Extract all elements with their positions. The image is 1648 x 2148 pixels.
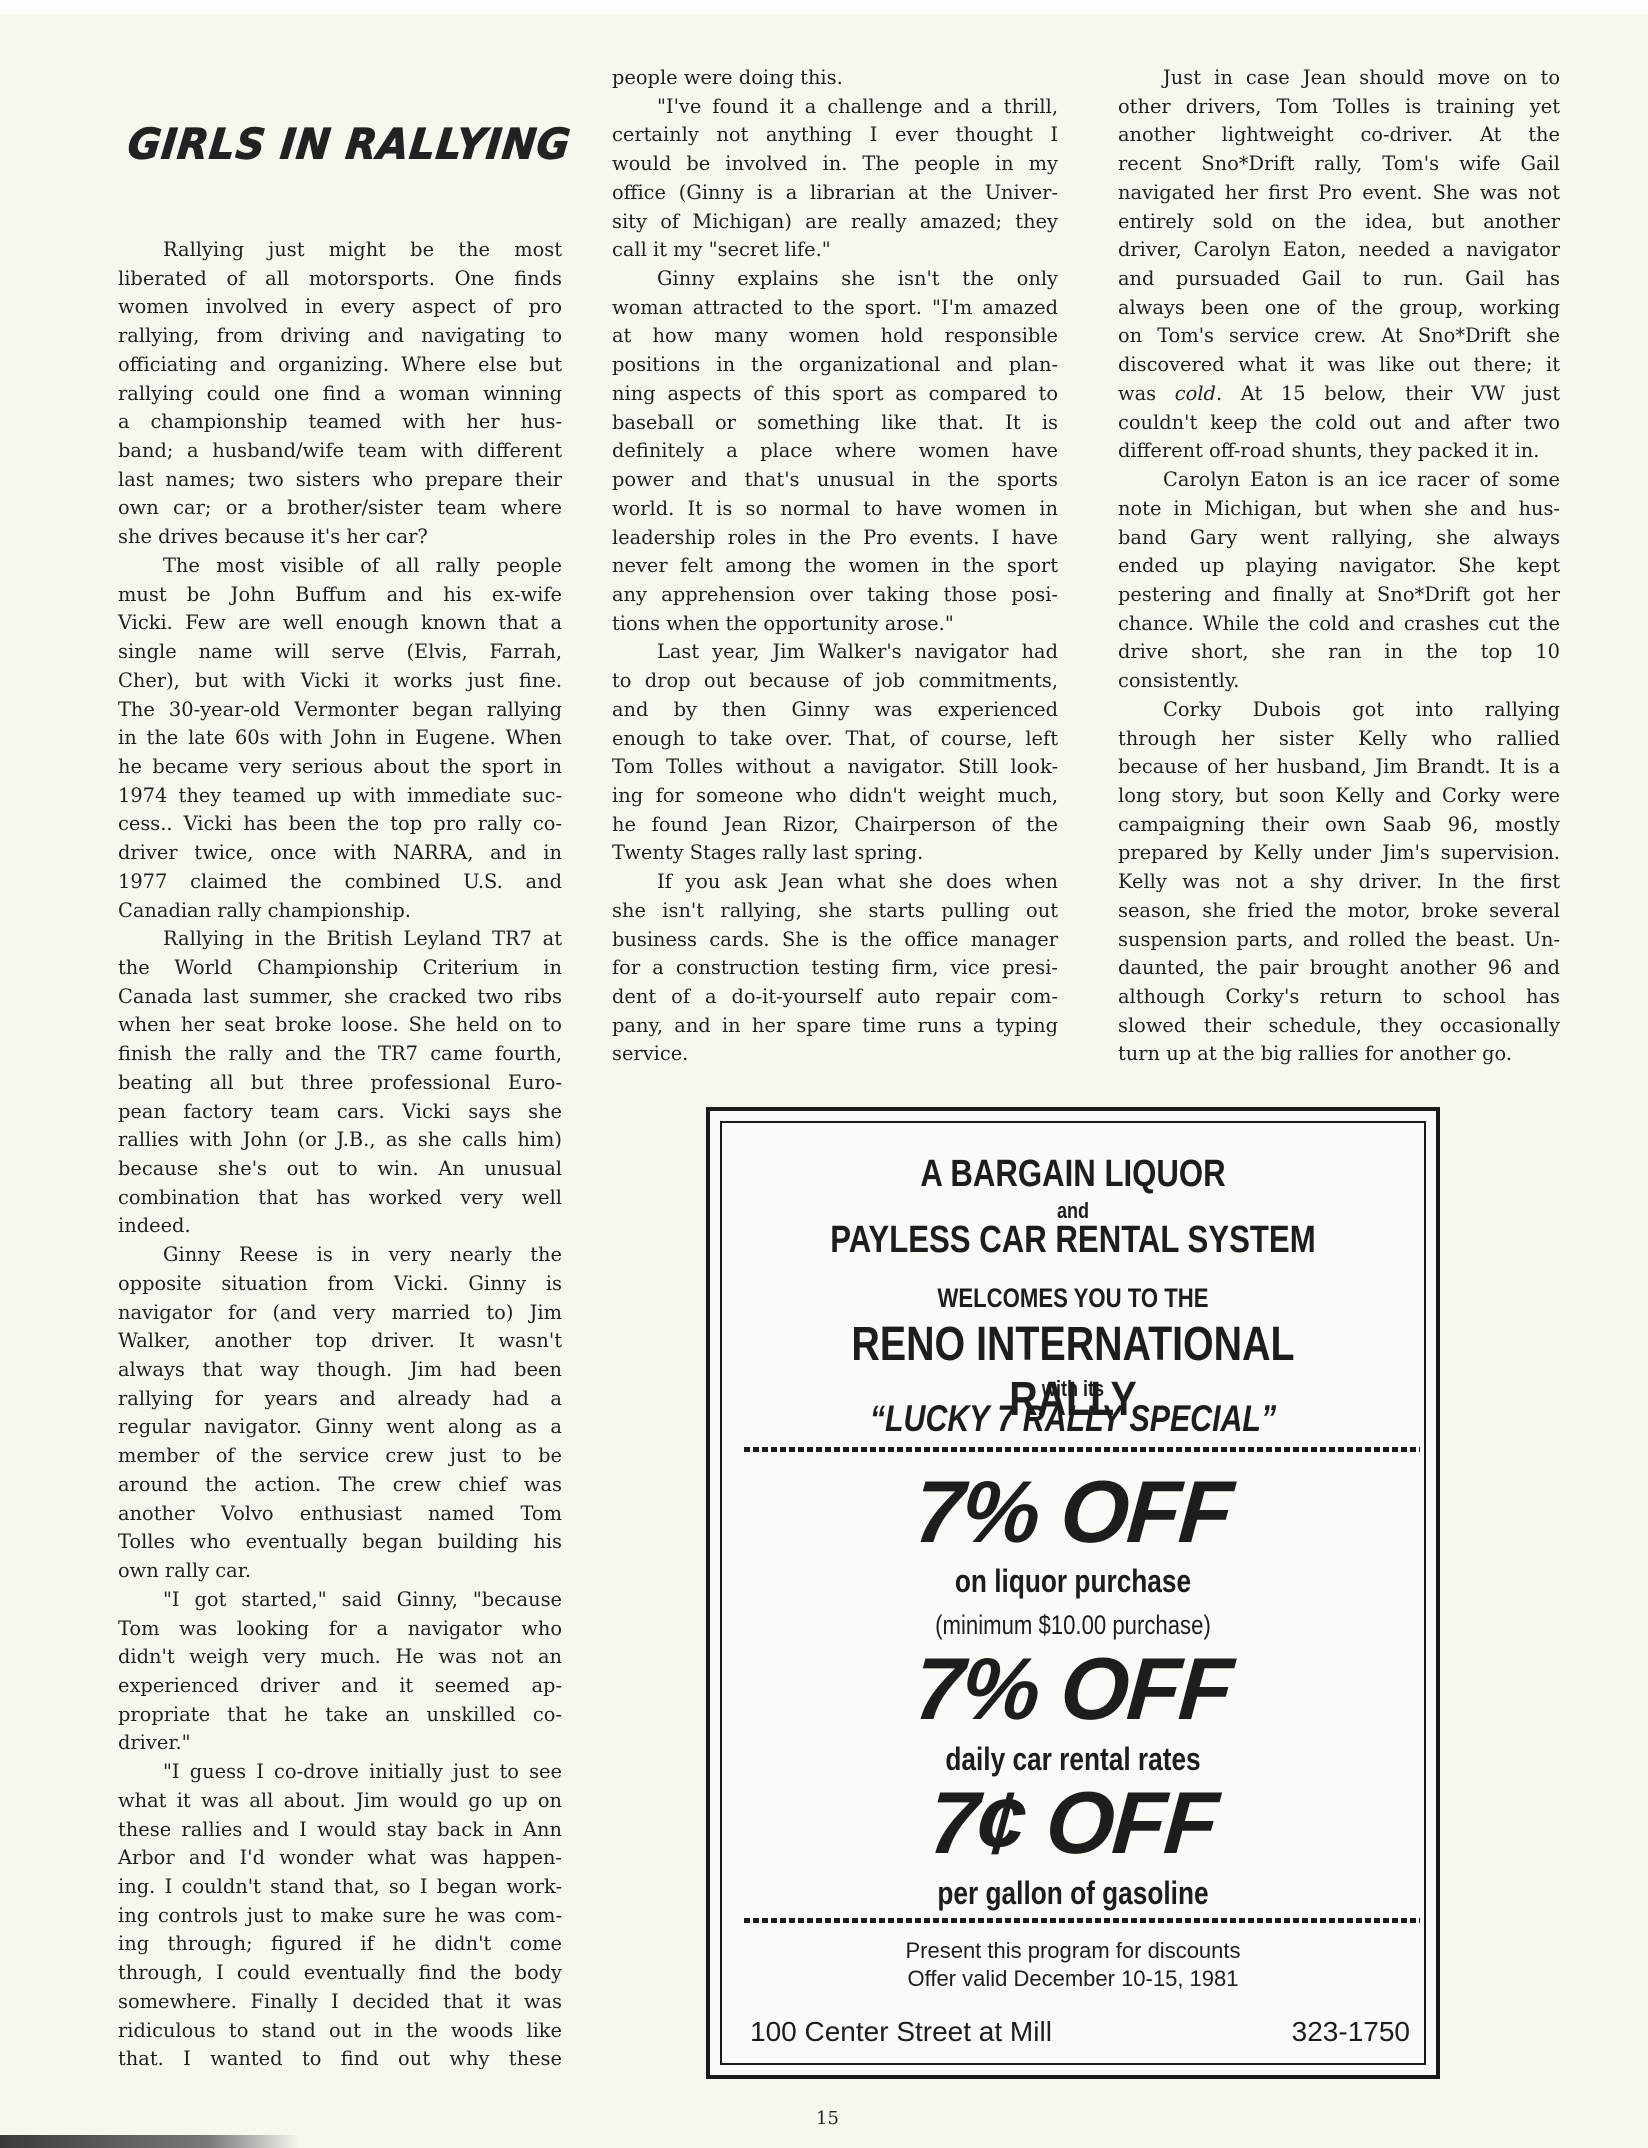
text-line: chance. While the cold and crashes cut t… <box>1118 610 1560 639</box>
text-line: Corky Dubois got into rallying <box>1118 696 1560 725</box>
text-line: baseball or something like that. It is <box>612 409 1058 438</box>
text-line: Ginny Reese is in very nearly the <box>118 1241 562 1270</box>
text-line: to drop out because of job commitments, <box>612 667 1058 696</box>
text-line: dent of a do-it-yourself auto repair com… <box>612 983 1058 1012</box>
text-line: driver." <box>118 1729 562 1758</box>
text-line: The 30-year-old Vermonter began rallying <box>118 696 562 725</box>
text-line: although Corky's return to school has <box>1118 983 1560 1012</box>
text-line: office (Ginny is a librarian at the Univ… <box>612 179 1058 208</box>
text-line: indeed. <box>118 1212 562 1241</box>
article-paragraph: If you ask Jean what she does whenshe is… <box>612 868 1058 1069</box>
ad-phone: 323-1750 <box>1292 2016 1410 2048</box>
text-line: a championship teamed with her hus- <box>118 408 562 437</box>
ad-offer-rental-amount: 7% OFF <box>719 1645 1427 1733</box>
text-line: was cold. At 15 below, their VW just <box>1118 380 1560 409</box>
text-line: combination that has worked very well <box>118 1184 562 1213</box>
text-line: season, she fried the motor, broke sever… <box>1118 897 1560 926</box>
ad-special-name: “LUCKY 7 RALLY SPECIAL” <box>785 1398 1361 1440</box>
text-line: band; a husband/wife team with different <box>118 437 562 466</box>
ad-valid-dates: Offer valid December 10-15, 1981 <box>722 1966 1424 1992</box>
text-line: pean factory team cars. Vicki says she <box>118 1098 562 1127</box>
text-line: he found Jean Rizor, Chairperson of the <box>612 811 1058 840</box>
text-line: 1974 they teamed up with immediate suc- <box>118 782 562 811</box>
text-line: around the action. The crew chief was <box>118 1471 562 1500</box>
text-line: daunted, the pair brought another 96 and <box>1118 954 1560 983</box>
text-line: Last year, Jim Walker's navigator had <box>612 638 1058 667</box>
article-paragraph: people were doing this. <box>612 64 1058 93</box>
text-line: ning aspects of this sport as compared t… <box>612 380 1058 409</box>
text-line: different off-road shunts, they packed i… <box>1118 437 1560 466</box>
text-line: slowed their schedule, they occasionally <box>1118 1012 1560 1041</box>
text-line: call it my "secret life." <box>612 236 1058 265</box>
text-line: she drives because it's her car? <box>118 523 562 552</box>
text-line: these rallies and I would stay back in A… <box>118 1816 562 1845</box>
text-line: enough to take over. That, of course, le… <box>612 725 1058 754</box>
text-line: driver twice, once with NARRA, and in <box>118 839 562 868</box>
text-line: through her sister Kelly who rallied <box>1118 725 1560 754</box>
text-line: own rally car. <box>118 1557 562 1586</box>
article-paragraph: The most visible of all rally peoplemust… <box>118 552 562 925</box>
text-line: consistently. <box>1118 667 1560 696</box>
text-line: "I got started," said Ginny, "because <box>118 1586 562 1615</box>
article-paragraph: "I guess I co-drove initially just to se… <box>118 1758 562 2074</box>
article-paragraph: "I've found it a challenge and a thrill,… <box>612 93 1058 265</box>
text-line: service. <box>612 1040 1058 1069</box>
text-line: another lightweight co-driver. At the <box>1118 121 1560 150</box>
text-line: "I've found it a challenge and a thrill, <box>612 93 1058 122</box>
text-line: he became very serious about the sport i… <box>118 753 562 782</box>
text-line: propriate that he take an unskilled co- <box>118 1701 562 1730</box>
article-paragraph: Ginny Reese is in very nearly theopposit… <box>118 1241 562 1586</box>
text-line: and pursuaded Gail to run. Gail has <box>1118 265 1560 294</box>
text-line: ridiculous to stand out in the woods lik… <box>118 2017 562 2046</box>
text-line: discovered what it was like out there; i… <box>1118 351 1560 380</box>
text-line: Tolles who eventually began building his <box>118 1528 562 1557</box>
text-line: power and that's unusual in the sports <box>612 466 1058 495</box>
ad-offer-gasoline-amount: 7¢ OFF <box>719 1779 1427 1867</box>
text-line: pany, and in her spare time runs a typin… <box>612 1012 1058 1041</box>
article-paragraph: "I got started," said Ginny, "becauseTom… <box>118 1586 562 1758</box>
text-line: Canada last summer, she cracked two ribs <box>118 983 562 1012</box>
text-line: If you ask Jean what she does when <box>612 868 1058 897</box>
article-paragraph: Carolyn Eaton is an ice racer of somenot… <box>1118 466 1560 696</box>
article-paragraph: Last year, Jim Walker's navigator hadto … <box>612 638 1058 868</box>
text-line: 1977 claimed the combined U.S. and <box>118 868 562 897</box>
ad-offer-liquor-description: on liquor purchase <box>785 1563 1361 1600</box>
text-line: at how many women hold responsible <box>612 322 1058 351</box>
text-line: officiating and organizing. Where else b… <box>118 351 562 380</box>
text-line: recent Sno*Drift rally, Tom's wife Gail <box>1118 150 1560 179</box>
text-line: certainly not anything I ever thought I <box>612 121 1058 150</box>
text-line: would be involved in. The people in my <box>612 150 1058 179</box>
article-paragraph: Corky Dubois got into rallyingthrough he… <box>1118 696 1560 1069</box>
text-line: own car; or a brother/sister team where <box>118 494 562 523</box>
text-line: Arbor and I'd wonder what was happen- <box>118 1844 562 1873</box>
text-line: couldn't keep the cold out and after two <box>1118 409 1560 438</box>
article-column-left: Rallying just might be the mostliberated… <box>118 236 562 2074</box>
text-line: liberated of all motorsports. One finds <box>118 265 562 294</box>
text-line: drive short, she ran in the top 10 <box>1118 638 1560 667</box>
text-line: pestering and finally at Sno*Drift got h… <box>1118 581 1560 610</box>
ad-dashed-divider-bottom <box>744 1918 1420 1923</box>
text-line: leadership roles in the Pro events. I ha… <box>612 524 1058 553</box>
page-top-margin <box>0 0 1648 14</box>
text-line: other drivers, Tom Tolles is training ye… <box>1118 93 1560 122</box>
ad-welcome-line: WELCOMES YOU TO THE <box>785 1283 1361 1314</box>
text-line: any apprehension over taking those posi- <box>612 581 1058 610</box>
text-line: The most visible of all rally people <box>118 552 562 581</box>
text-line: she isn't rallying, she starts pulling o… <box>612 897 1058 926</box>
text-line: experienced driver and it seemed ap- <box>118 1672 562 1701</box>
text-line: cess.. Vicki has been the top pro rally … <box>118 810 562 839</box>
text-line: Tom Tolles without a navigator. Still lo… <box>612 753 1058 782</box>
text-line: Rallying in the British Leyland TR7 at <box>118 925 562 954</box>
text-line: somewhere. Finally I decided that it was <box>118 1988 562 2017</box>
text-line: rallying could one find a woman winning <box>118 380 562 409</box>
text-line: and by then Ginny was experienced <box>612 696 1058 725</box>
text-line: rallying, from driving and navigating to <box>118 322 562 351</box>
text-line: definitely a place where women have <box>612 437 1058 466</box>
text-line: business cards. She is the office manage… <box>612 926 1058 955</box>
text-line: sity of Michigan) are really amazed; the… <box>612 208 1058 237</box>
text-line: women involved in every aspect of pro <box>118 293 562 322</box>
text-line: Walker, another top driver. It wasn't <box>118 1327 562 1356</box>
text-line: in the late 60s with John in Eugene. Whe… <box>118 724 562 753</box>
text-line: Rallying just might be the most <box>118 236 562 265</box>
text-line: Tom was looking for a navigator who <box>118 1615 562 1644</box>
text-line: always that way though. Jim had been <box>118 1356 562 1385</box>
text-line: never felt among the women in the sport <box>612 552 1058 581</box>
ad-footer: 100 Center Street at Mill 323-1750 <box>750 2016 1410 2048</box>
text-line: rallies with John (or J.B., as she calls… <box>118 1126 562 1155</box>
ad-dashed-divider-top <box>744 1447 1420 1452</box>
text-line: didn't weigh very much. He was not an <box>118 1643 562 1672</box>
article-paragraph: Just in case Jean should move on toother… <box>1118 64 1560 466</box>
text-line: another Volvo enthusiast named Tom <box>118 1500 562 1529</box>
page-bottom-edge-shadow <box>0 2135 300 2148</box>
ad-offer-liquor-note: (minimum $10.00 purchase) <box>785 1610 1361 1641</box>
text-line: what it was all about. Jim would go up o… <box>118 1787 562 1816</box>
article-paragraph: Rallying just might be the mostliberated… <box>118 236 562 552</box>
text-line: Kelly was not a shy driver. In the first <box>1118 868 1560 897</box>
text-line: world. It is so normal to have women in <box>612 495 1058 524</box>
text-line: always been one of the group, working <box>1118 294 1560 323</box>
article-paragraph: Rallying in the British Leyland TR7 atth… <box>118 925 562 1241</box>
text-line: ing. I couldn't stand that, so I began w… <box>118 1873 562 1902</box>
text-line: Vicki. Few are well enough known that a <box>118 609 562 638</box>
text-line: tions when the opportunity arose." <box>612 610 1058 639</box>
text-line: Just in case Jean should move on to <box>1118 64 1560 93</box>
text-line: single name will serve (Elvis, Farrah, <box>118 638 562 667</box>
text-line: through, I could eventually find the bod… <box>118 1959 562 1988</box>
text-line: people were doing this. <box>612 64 1058 93</box>
text-line: navigator for (and very married to) Jim <box>118 1299 562 1328</box>
article-column-right: Just in case Jean should move on toother… <box>1118 64 1560 1069</box>
advertisement-inner-border: A BARGAIN LIQUOR and PAYLESS CAR RENTAL … <box>720 1121 1426 2065</box>
text-line: turn up at the big rallies for another g… <box>1118 1040 1560 1069</box>
text-line: note in Michigan, but when she and hus- <box>1118 495 1560 524</box>
text-line: Carolyn Eaton is an ice racer of some <box>1118 466 1560 495</box>
text-line: for a construction testing firm, vice pr… <box>612 954 1058 983</box>
article-headline: GIRLS IN RALLYING <box>125 121 573 169</box>
ad-sponsor-car-rental: PAYLESS CAR RENTAL SYSTEM <box>785 1219 1361 1262</box>
ad-present-instructions: Present this program for discounts <box>722 1938 1424 1964</box>
ad-offer-liquor-amount: 7% OFF <box>719 1468 1427 1556</box>
article-column-middle: people were doing this."I've found it a … <box>612 64 1058 1069</box>
text-line: woman attracted to the sport. "I'm amaze… <box>612 294 1058 323</box>
text-line: Twenty Stages rally last spring. <box>612 839 1058 868</box>
article-paragraph: Ginny explains she isn't the onlywoman a… <box>612 265 1058 638</box>
text-line: Ginny explains she isn't the only <box>612 265 1058 294</box>
text-line: rallying for years and already had a <box>118 1385 562 1414</box>
page-number: 15 <box>816 2108 839 2129</box>
text-line: ended up playing navigator. She kept <box>1118 552 1560 581</box>
text-line: prepared by Kelly under Jim's supervisio… <box>1118 839 1560 868</box>
text-line: when her seat broke loose. She held on t… <box>118 1011 562 1040</box>
text-line: opposite situation from Vicki. Ginny is <box>118 1270 562 1299</box>
text-line: on Tom's service crew. At Sno*Drift she <box>1118 322 1560 351</box>
text-line: member of the service crew just to be <box>118 1442 562 1471</box>
text-line: that. I wanted to find out why these <box>118 2045 562 2074</box>
text-line: ing for someone who didn't weight much, <box>612 782 1058 811</box>
text-line: the World Championship Criterium in <box>118 954 562 983</box>
text-line: positions in the organizational and plan… <box>612 351 1058 380</box>
text-line: entirely sold on the idea, but another <box>1118 208 1560 237</box>
text-line: navigated her first Pro event. She was n… <box>1118 179 1560 208</box>
ad-address: 100 Center Street at Mill <box>750 2016 1052 2048</box>
text-line: campaigning their own Saab 96, mostly <box>1118 811 1560 840</box>
text-line: suspension parts, and rolled the beast. … <box>1118 926 1560 955</box>
ad-offer-gasoline-description: per gallon of gasoline <box>785 1875 1361 1912</box>
text-line: regular navigator. Ginny went along as a <box>118 1413 562 1442</box>
text-line: long story, but soon Kelly and Corky wer… <box>1118 782 1560 811</box>
text-line: driver, Carolyn Eaton, needed a navigato… <box>1118 236 1560 265</box>
text-line: must be John Buffum and his ex-wife <box>118 581 562 610</box>
text-line: finish the rally and the TR7 came fourth… <box>118 1040 562 1069</box>
text-line: "I guess I co-drove initially just to se… <box>118 1758 562 1787</box>
text-line: ing controls just to make sure he was co… <box>118 1902 562 1931</box>
text-line: last names; two sisters who prepare thei… <box>118 466 562 495</box>
text-line: ing through; figured if he didn't come <box>118 1930 562 1959</box>
text-line: band Gary went rallying, she always <box>1118 524 1560 553</box>
text-line: because of her husband, Jim Brandt. It i… <box>1118 753 1560 782</box>
text-line: beating all but three professional Euro- <box>118 1069 562 1098</box>
text-line: because she's out to win. An unusual <box>118 1155 562 1184</box>
advertisement-box: A BARGAIN LIQUOR and PAYLESS CAR RENTAL … <box>706 1107 1440 2079</box>
text-line: Canadian rally championship. <box>118 897 562 926</box>
text-line: Cher), but with Vicki it works just fine… <box>118 667 562 696</box>
ad-sponsor-liquor: A BARGAIN LIQUOR <box>785 1153 1361 1196</box>
